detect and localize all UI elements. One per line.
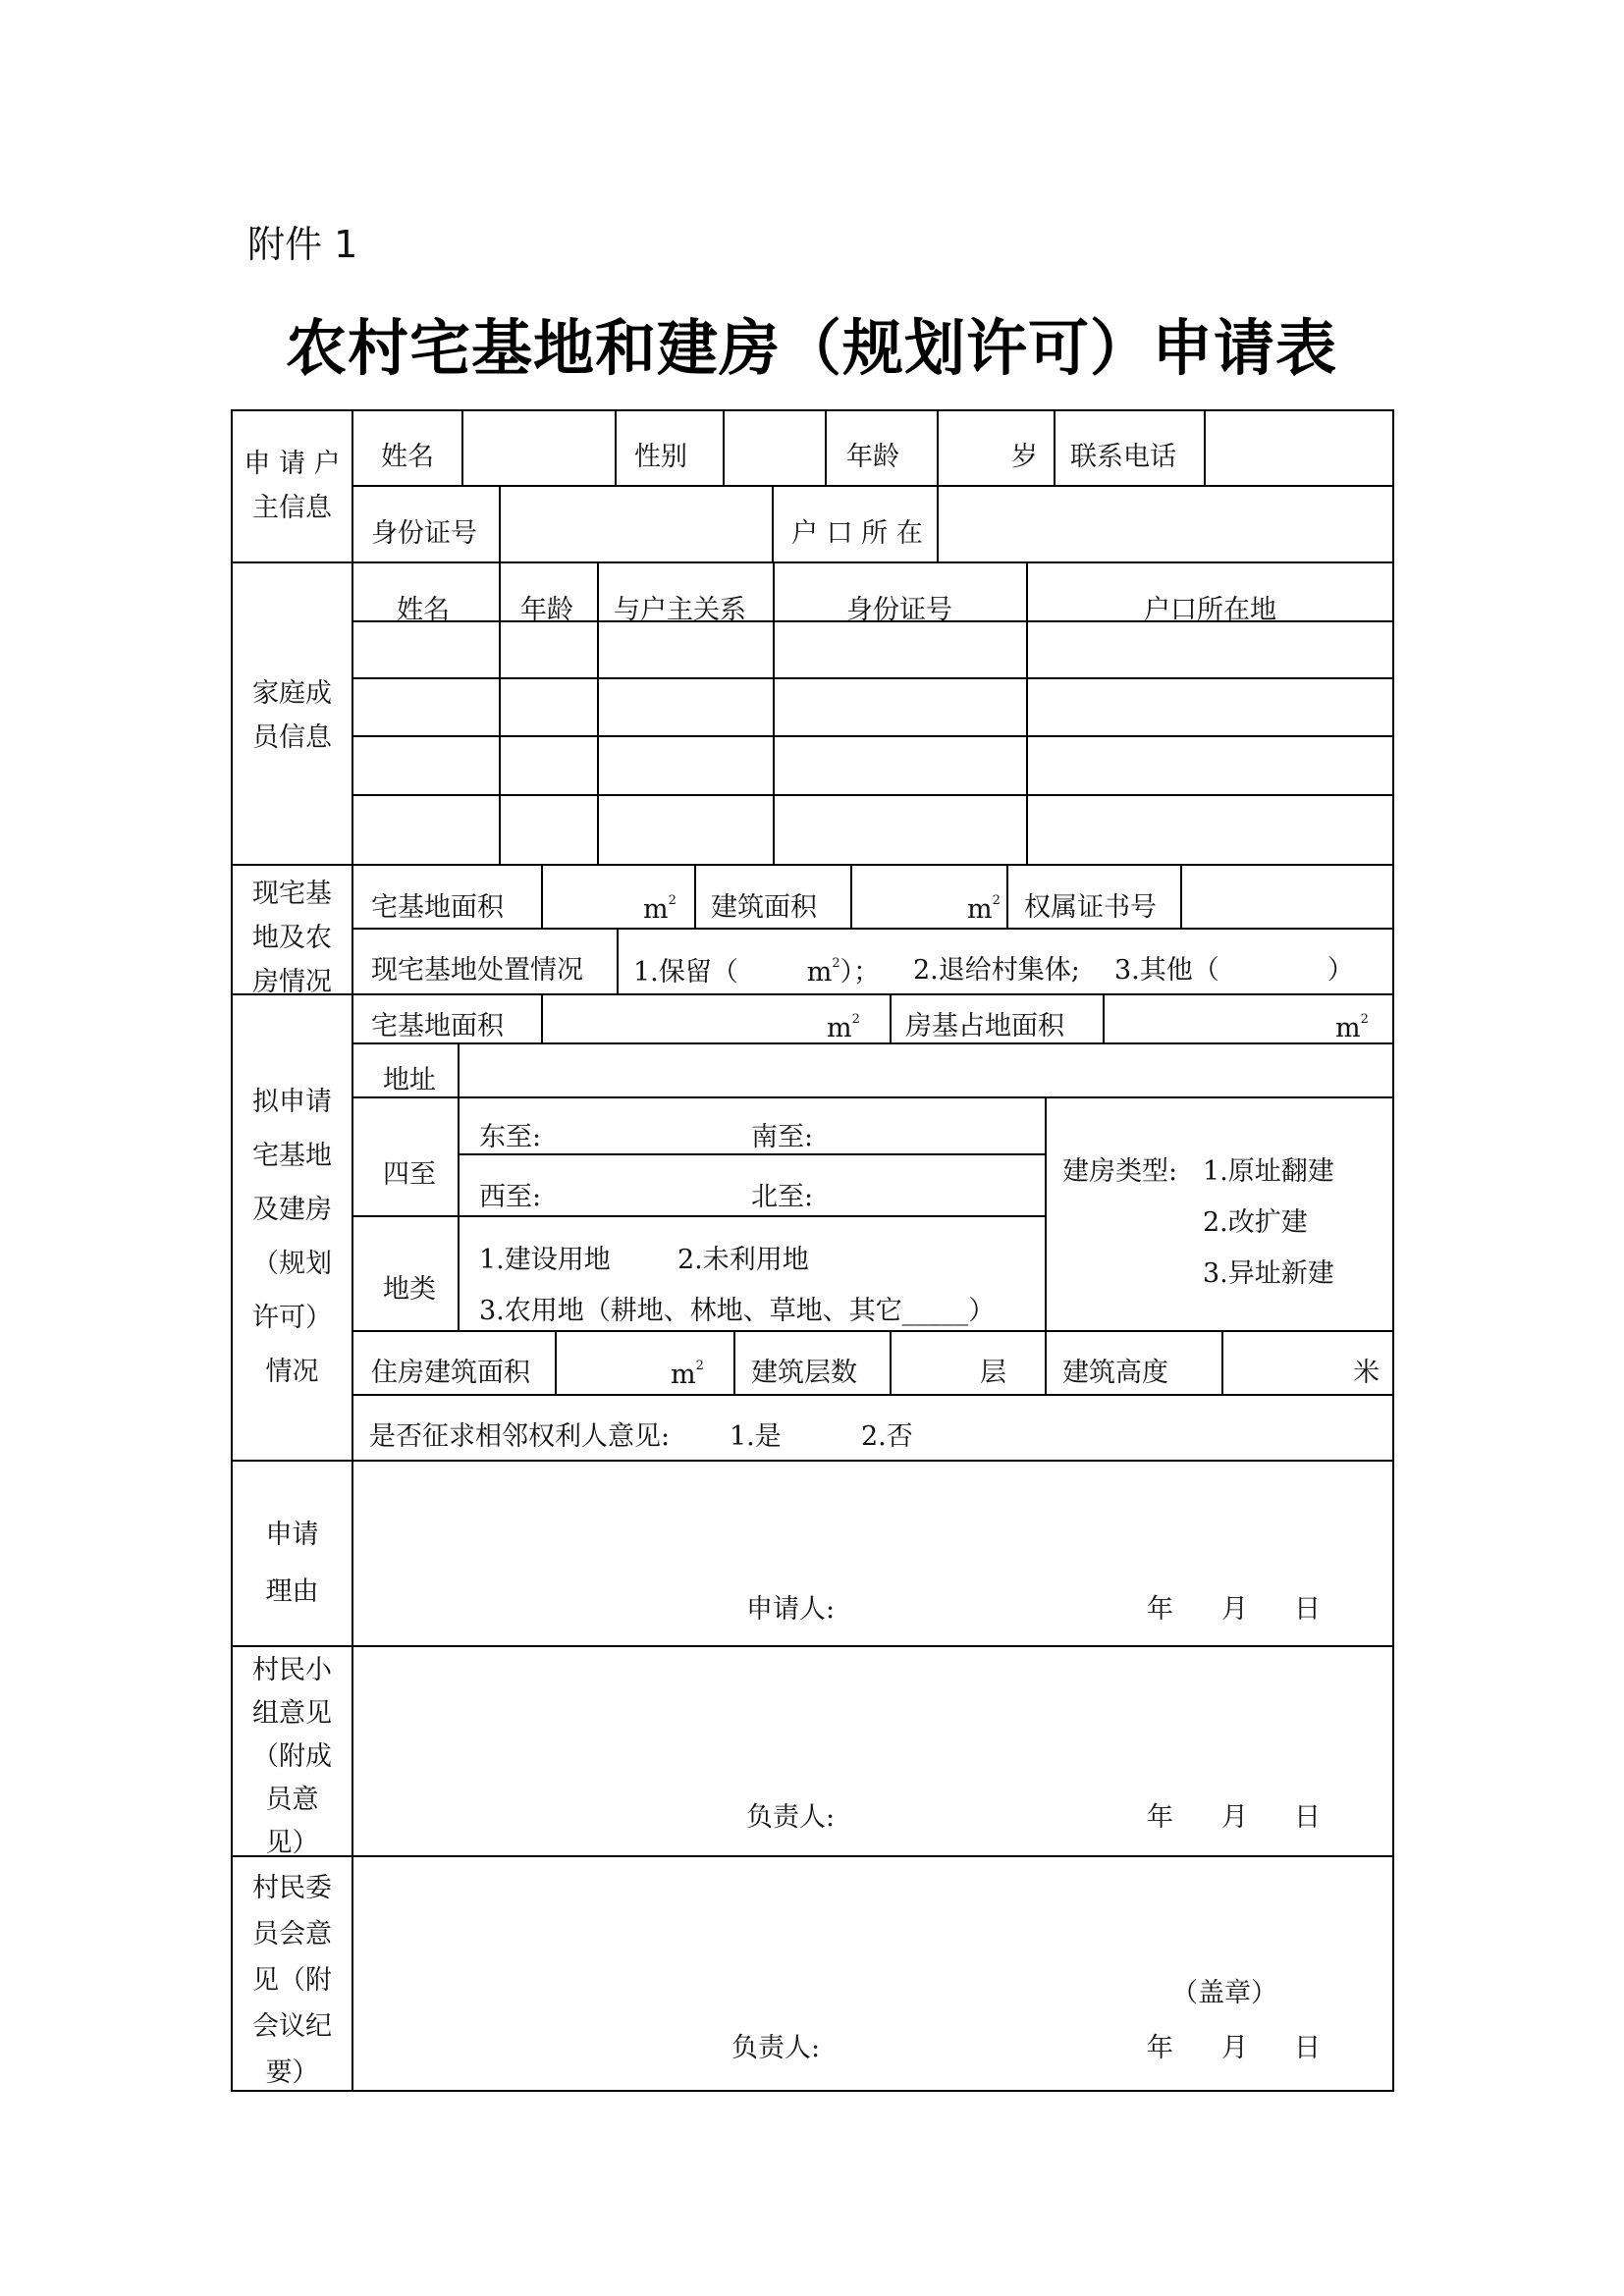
row-divider bbox=[352, 1096, 1394, 1098]
family-row-4-id[interactable] bbox=[775, 796, 1025, 863]
footprint-area-label: 房基占地面积 bbox=[905, 1013, 1064, 1040]
unit-superscript: 2 bbox=[1361, 1012, 1369, 1027]
label-line: 理由 bbox=[233, 1564, 352, 1621]
family-section-label: 家庭成 员信息 bbox=[233, 671, 352, 760]
group-opinion-textarea[interactable] bbox=[353, 1647, 1391, 1785]
seal-label: （盖章） bbox=[1171, 1980, 1277, 2006]
option-text: 1.保留（ bbox=[633, 957, 738, 988]
unit-m2: m2 bbox=[827, 1013, 860, 1041]
label-line: 主信息 bbox=[233, 486, 352, 530]
col-divider bbox=[1054, 409, 1056, 486]
label-line: 地及农 bbox=[233, 916, 352, 960]
disposal-option-retain[interactable]: 1.保留（m2）； bbox=[633, 957, 880, 986]
build-type-rebuild[interactable]: 1.原址翻建 bbox=[1203, 1158, 1334, 1185]
col-divider bbox=[890, 993, 892, 1043]
height-label: 建筑高度 bbox=[1062, 1360, 1168, 1386]
label-line: 拟申请 bbox=[233, 1075, 352, 1129]
committee-opinion-textarea[interactable] bbox=[353, 1857, 1391, 1965]
proposed-homestead-area-label: 宅基地面积 bbox=[371, 1013, 504, 1040]
label-line: 员意 bbox=[233, 1779, 352, 1822]
label-line: 见（附 bbox=[233, 1957, 352, 2003]
family-row-1-relation[interactable] bbox=[599, 622, 772, 676]
unit-superscript: 2 bbox=[852, 1012, 860, 1027]
address-field[interactable] bbox=[460, 1044, 1391, 1095]
family-row-3-name[interactable] bbox=[353, 737, 498, 793]
group-opinion-section-label: 村民小 组意见 （附成 员意 见） bbox=[233, 1649, 352, 1865]
build-type-new-site[interactable]: 3.异址新建 bbox=[1203, 1260, 1334, 1287]
unit-m2: m2 bbox=[1335, 1013, 1369, 1041]
family-row-2-name[interactable] bbox=[353, 679, 498, 734]
family-row-4-relation[interactable] bbox=[599, 796, 772, 863]
unit-text: m bbox=[827, 1013, 852, 1043]
label-line: 村民委 bbox=[233, 1865, 352, 1911]
floors-field[interactable] bbox=[892, 1332, 1044, 1393]
label-line: 村民小 bbox=[233, 1649, 352, 1692]
col-divider bbox=[825, 409, 827, 486]
applicant-id-label: 身份证号 bbox=[371, 520, 477, 547]
unit-m2: m2 bbox=[967, 894, 1001, 923]
committee-leader-signature-label: 负责人: bbox=[731, 2035, 820, 2061]
table-border-bottom bbox=[231, 2090, 1394, 2092]
family-row-2-id[interactable] bbox=[775, 679, 1025, 734]
unit-text: m bbox=[643, 894, 669, 925]
build-type-expand[interactable]: 2.改扩建 bbox=[1203, 1209, 1308, 1236]
label-line: 员信息 bbox=[233, 716, 352, 760]
date-day-label: 日 bbox=[1294, 2035, 1321, 2061]
family-row-4-hukou[interactable] bbox=[1028, 796, 1391, 863]
applicant-hukou-label: 户 口 所 在 bbox=[791, 520, 923, 547]
applicant-section-label: 申 请 户 主信息 bbox=[233, 442, 352, 530]
family-row-1-age[interactable] bbox=[501, 622, 596, 676]
date-month-label: 月 bbox=[1221, 1804, 1248, 1831]
family-row-1-hukou[interactable] bbox=[1028, 622, 1391, 676]
label-line: 现宅基 bbox=[233, 872, 352, 916]
row-divider bbox=[458, 1153, 1045, 1155]
unit-text: m bbox=[967, 894, 993, 925]
col-divider bbox=[1045, 1096, 1047, 1331]
land-type-agricultural[interactable]: 3.农用地（耕地、林地、草地、其它_____） bbox=[479, 1298, 995, 1324]
label-line: 许可） bbox=[233, 1291, 352, 1345]
label-line: 见） bbox=[233, 1822, 352, 1865]
date-month-label: 月 bbox=[1221, 1596, 1248, 1623]
north-boundary-label[interactable]: 北至: bbox=[751, 1184, 813, 1210]
reason-textarea[interactable] bbox=[353, 1462, 1391, 1579]
attachment-number: 附件 1 bbox=[247, 214, 357, 268]
family-row-3-hukou[interactable] bbox=[1028, 737, 1391, 793]
col-divider bbox=[772, 485, 774, 561]
label-line: 申 请 户 bbox=[233, 442, 352, 486]
family-col-relation: 与户主关系 bbox=[614, 597, 746, 623]
col-divider bbox=[617, 928, 619, 994]
current-building-area-label: 建筑面积 bbox=[711, 894, 817, 921]
south-boundary-label[interactable]: 南至: bbox=[751, 1124, 813, 1150]
floors-label: 建筑层数 bbox=[751, 1360, 857, 1386]
label-line: （规划 bbox=[233, 1237, 352, 1291]
date-day-label: 日 bbox=[1294, 1596, 1321, 1623]
unit-text: m bbox=[807, 957, 833, 988]
family-row-2-hukou[interactable] bbox=[1028, 679, 1391, 734]
house-area-label: 住房建筑面积 bbox=[371, 1360, 530, 1386]
land-type-unused[interactable]: 2.未利用地 bbox=[677, 1247, 809, 1273]
neighbor-opinion-yes[interactable]: 1.是 bbox=[730, 1423, 782, 1450]
date-year-label: 年 bbox=[1147, 1804, 1173, 1831]
house-area-field[interactable] bbox=[557, 1332, 732, 1393]
date-month-label: 月 bbox=[1221, 2035, 1248, 2061]
unit-text: m bbox=[671, 1360, 696, 1390]
disposal-option-other[interactable]: 3.其他（） bbox=[1114, 957, 1354, 984]
family-row-1-name[interactable] bbox=[353, 622, 498, 676]
label-line: 员会意 bbox=[233, 1911, 352, 1957]
neighbor-opinion-label: 是否征求相邻权利人意见: bbox=[369, 1423, 670, 1450]
family-col-id: 身份证号 bbox=[846, 597, 952, 623]
land-type-label: 地类 bbox=[383, 1276, 436, 1303]
family-row-3-age[interactable] bbox=[501, 737, 596, 793]
row-divider bbox=[352, 1215, 1045, 1217]
unit-superscript: 2 bbox=[832, 956, 839, 971]
label-line: 家庭成 bbox=[233, 671, 352, 716]
applicant-name-field[interactable] bbox=[463, 411, 614, 484]
applicant-signature-label: 申请人: bbox=[746, 1596, 835, 1623]
current-homestead-area-label: 宅基地面积 bbox=[371, 894, 504, 921]
section-divider bbox=[231, 561, 1394, 563]
age-unit: 岁 bbox=[1011, 444, 1038, 470]
date-day-label: 日 bbox=[1294, 1804, 1321, 1831]
col-divider bbox=[615, 409, 617, 486]
option-text: 3.其他（ bbox=[1114, 955, 1219, 986]
family-row-4-name[interactable] bbox=[353, 796, 498, 863]
disposal-option-return[interactable]: 2.退给村集体; bbox=[913, 957, 1080, 984]
family-row-3-id[interactable] bbox=[775, 737, 1025, 793]
col-divider bbox=[1006, 864, 1008, 929]
label-line: 房情况 bbox=[233, 960, 352, 1004]
family-row-3-relation[interactable] bbox=[599, 737, 772, 793]
label-line: 情况 bbox=[233, 1345, 352, 1399]
applicant-name-label: 姓名 bbox=[381, 444, 434, 470]
applicant-gender-label: 性别 bbox=[634, 444, 687, 470]
family-row-2-age[interactable] bbox=[501, 679, 596, 734]
col-divider bbox=[694, 864, 696, 929]
label-line: 会议纪 bbox=[233, 2003, 352, 2050]
family-row-4-age[interactable] bbox=[501, 796, 596, 863]
date-year-label: 年 bbox=[1147, 2035, 1173, 2061]
label-line: 组意见 bbox=[233, 1692, 352, 1735]
label-line: 要） bbox=[233, 2050, 352, 2096]
unit-superscript: 2 bbox=[993, 893, 1001, 908]
label-line: （附成 bbox=[233, 1735, 352, 1779]
certificate-label: 权属证书号 bbox=[1024, 894, 1157, 921]
option-text: ） bbox=[1327, 955, 1354, 986]
reason-section-label: 申请 理由 bbox=[233, 1507, 352, 1621]
unit-superscript: 2 bbox=[669, 893, 677, 908]
height-unit: 米 bbox=[1353, 1360, 1380, 1386]
unit-text: m bbox=[1335, 1013, 1361, 1043]
land-type-construction[interactable]: 1.建设用地 bbox=[479, 1247, 611, 1273]
unit-m2: m2 bbox=[643, 894, 677, 923]
label-line: 及建房 bbox=[233, 1183, 352, 1237]
unit-superscript: 2 bbox=[696, 1359, 704, 1373]
applicant-phone-label: 联系电话 bbox=[1070, 444, 1176, 470]
current-homestead-section-label: 现宅基 地及农 房情况 bbox=[233, 872, 352, 1004]
row-divider bbox=[352, 1394, 1394, 1396]
certificate-field[interactable] bbox=[1182, 866, 1391, 927]
proposed-section-label: 拟申请 宅基地 及建房 （规划 许可） 情况 bbox=[233, 1075, 352, 1399]
row-divider bbox=[352, 928, 1394, 930]
table-border-right bbox=[1392, 409, 1394, 2092]
boundaries-label: 四至 bbox=[383, 1161, 436, 1188]
neighbor-opinion-no[interactable]: 2.否 bbox=[861, 1423, 913, 1450]
east-boundary-label[interactable]: 东至: bbox=[479, 1124, 541, 1150]
floors-unit: 层 bbox=[980, 1360, 1006, 1386]
applicant-hukou-field[interactable] bbox=[939, 487, 1391, 561]
family-row-2-relation[interactable] bbox=[599, 679, 772, 734]
build-type-label: 建房类型: bbox=[1062, 1158, 1177, 1185]
date-year-label: 年 bbox=[1147, 1596, 1173, 1623]
address-label: 地址 bbox=[383, 1067, 436, 1094]
label-line: 宅基地 bbox=[233, 1129, 352, 1183]
form-title: 农村宅基地和建房（规划许可）申请表 bbox=[231, 299, 1392, 387]
family-col-name: 姓名 bbox=[397, 597, 450, 623]
family-col-hukou: 户口所在地 bbox=[1144, 597, 1276, 623]
applicant-phone-field[interactable] bbox=[1206, 411, 1391, 484]
disposal-label: 现宅基地处置情况 bbox=[371, 957, 583, 984]
west-boundary-label[interactable]: 西至: bbox=[479, 1184, 541, 1210]
col-divider bbox=[733, 1330, 735, 1395]
label-line: 申请 bbox=[233, 1507, 352, 1564]
applicant-gender-field[interactable] bbox=[725, 411, 824, 484]
committee-opinion-section-label: 村民委 员会意 见（附 会议纪 要） bbox=[233, 1865, 352, 2096]
family-col-age: 年龄 bbox=[520, 597, 573, 623]
col-divider bbox=[1045, 1330, 1047, 1395]
applicant-age-label: 年龄 bbox=[846, 444, 899, 470]
applicant-id-field[interactable] bbox=[501, 487, 771, 561]
option-text: ）； bbox=[840, 957, 881, 988]
applicant-age-field[interactable] bbox=[939, 411, 1017, 484]
unit-m2: m2 bbox=[671, 1360, 704, 1388]
group-leader-signature-label: 负责人: bbox=[746, 1804, 835, 1831]
family-row-1-id[interactable] bbox=[775, 622, 1025, 676]
